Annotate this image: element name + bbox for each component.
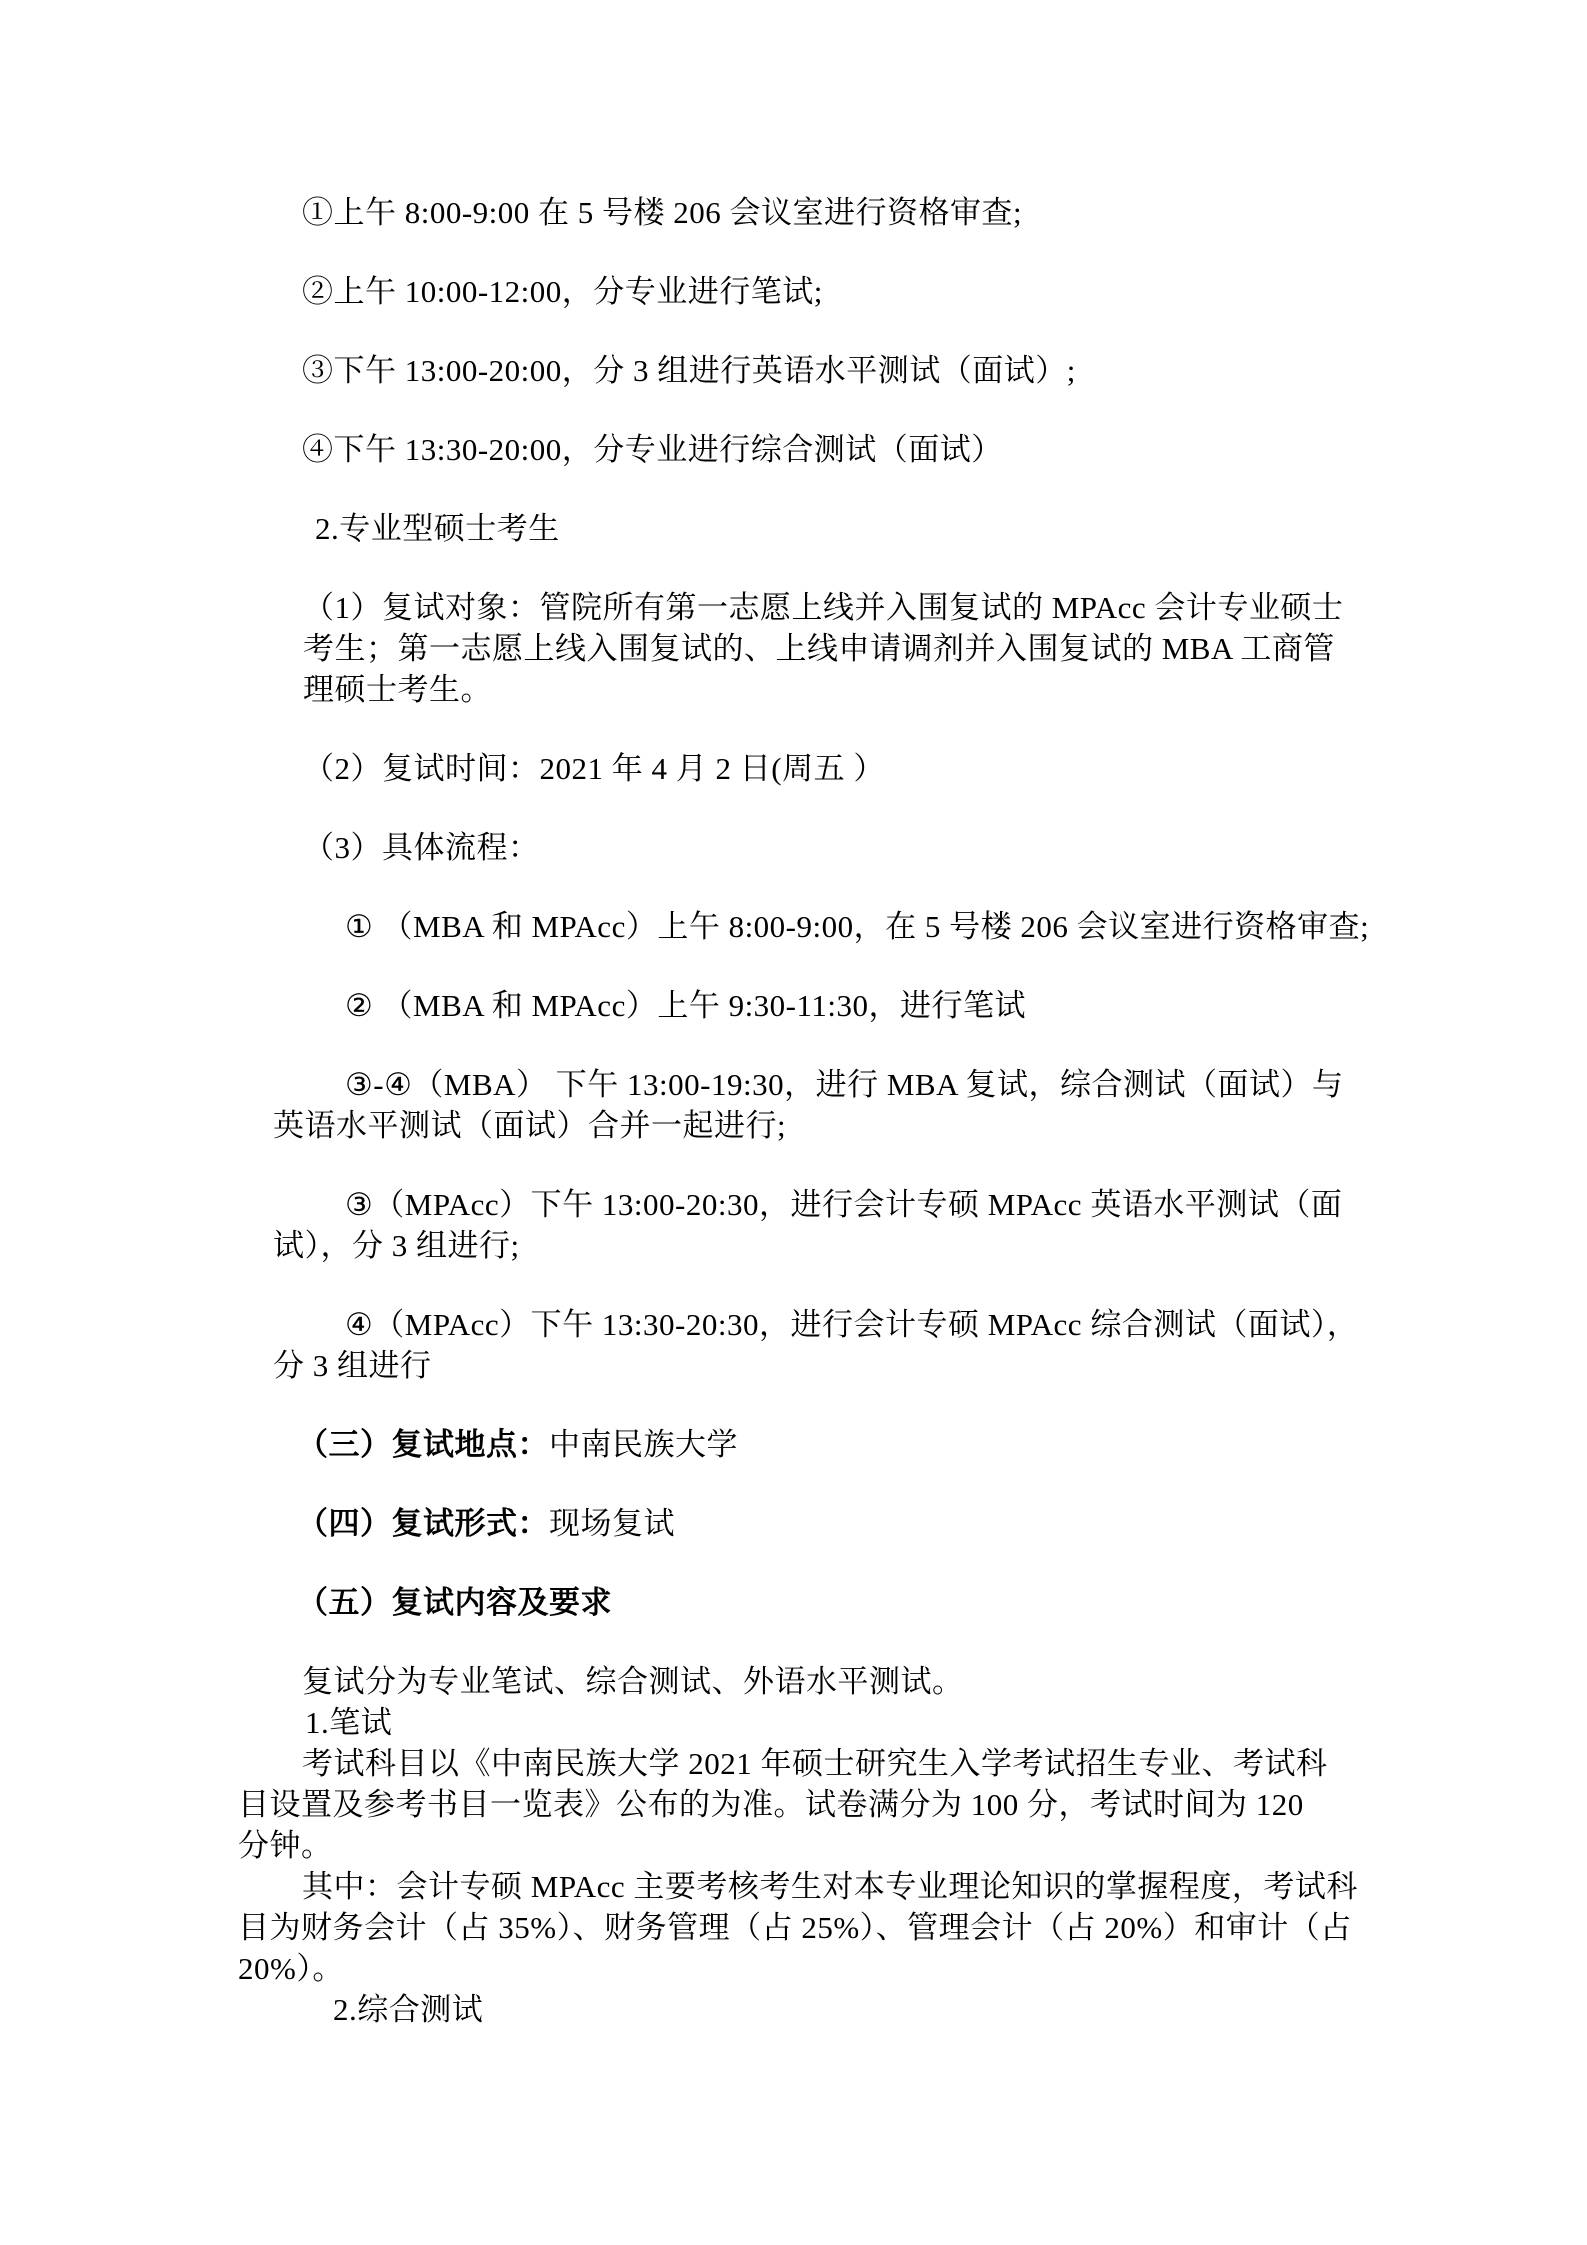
text-segment: 英语水平测试（面试）合并一起进行; xyxy=(273,1108,786,1143)
text-segment: ①上午 8:00-9:00 在 5 号楼 206 会议室进行资格审查; xyxy=(302,195,1022,230)
text-segment: 理硕士考生。 xyxy=(303,672,492,707)
text-segment: 中南民族大学 xyxy=(549,1427,738,1462)
document-line: （三）复试地点：中南民族大学 xyxy=(0,1424,1587,1465)
text-segment: ③-④（MBA） 下午 13:00-19:30，进行 MBA 复试，综合测试（面… xyxy=(345,1067,1344,1102)
document-page: ①上午 8:00-9:00 在 5 号楼 206 会议室进行资格审查;②上午 1… xyxy=(0,0,1587,2245)
document-line: （1）复试对象：管院所有第一志愿上线并入围复试的 MPAcc 会计专业硕士 xyxy=(0,587,1587,628)
document-line: 试），分 3 组进行; xyxy=(0,1225,1587,1266)
text-segment: （1）复试对象：管院所有第一志愿上线并入围复试的 MPAcc 会计专业硕士 xyxy=(303,590,1343,625)
text-segment: 2.专业型硕士考生 xyxy=(315,511,560,546)
document-line: 理硕士考生。 xyxy=(0,669,1587,710)
document-line: 目为财务会计（占 35%）、财务管理（占 25%）、管理会计（占 20%）和审计… xyxy=(0,1907,1587,1948)
document-line: （四）复试形式：现场复试 xyxy=(0,1503,1587,1544)
document-line: 分 3 组进行 xyxy=(0,1345,1587,1386)
text-segment: ②上午 10:00-12:00，分专业进行笔试; xyxy=(302,274,823,309)
document-line: 1.笔试 xyxy=(0,1702,1587,1743)
document-body: ①上午 8:00-9:00 在 5 号楼 206 会议室进行资格审查;②上午 1… xyxy=(0,0,1587,2030)
text-segment: ④（MPAcc）下午 13:30-20:30，进行会计专硕 MPAcc 综合测试… xyxy=(345,1307,1358,1342)
document-line: 英语水平测试（面试）合并一起进行; xyxy=(0,1105,1587,1146)
text-segment: （五）复试内容及要求 xyxy=(297,1585,612,1620)
text-segment: （四）复试形式： xyxy=(297,1506,549,1541)
document-line: 目设置及参考书目一览表》公布的为准。试卷满分为 100 分，考试时间为 120 xyxy=(0,1784,1587,1825)
text-segment: 考试科目以《中南民族大学 2021 年硕士研究生入学考试招生专业、考试科 xyxy=(302,1746,1328,1781)
text-segment: 现场复试 xyxy=(549,1506,675,1541)
document-line: 2.综合测试 xyxy=(0,1989,1587,2030)
document-line: ④（MPAcc）下午 13:30-20:30，进行会计专硕 MPAcc 综合测试… xyxy=(0,1304,1587,1345)
document-line: ③（MPAcc）下午 13:00-20:30，进行会计专硕 MPAcc 英语水平… xyxy=(0,1184,1587,1225)
document-line: 2.专业型硕士考生 xyxy=(0,508,1587,549)
text-segment: ① （MBA 和 MPAcc）上午 8:00-9:00，在 5 号楼 206 会… xyxy=(345,909,1369,944)
document-line: （2）复试时间：2021 年 4 月 2 日(周五 ） xyxy=(0,748,1587,789)
text-segment: ③（MPAcc）下午 13:00-20:30，进行会计专硕 MPAcc 英语水平… xyxy=(345,1187,1342,1222)
text-segment: 20%）。 xyxy=(238,1951,344,1986)
document-line: （3）具体流程： xyxy=(0,827,1587,868)
document-line: 考试科目以《中南民族大学 2021 年硕士研究生入学考试招生专业、考试科 xyxy=(0,1743,1587,1784)
text-segment: ③下午 13:00-20:00，分 3 组进行英语水平测试（面试）; xyxy=(302,353,1076,388)
document-line: ④下午 13:30-20:00，分专业进行综合测试（面试） xyxy=(0,429,1587,470)
text-segment: 2.综合测试 xyxy=(333,1992,483,2027)
text-segment: （三）复试地点： xyxy=(297,1427,549,1462)
document-line: ① （MBA 和 MPAcc）上午 8:00-9:00，在 5 号楼 206 会… xyxy=(0,906,1587,947)
text-segment: 分 3 组进行 xyxy=(273,1348,432,1383)
document-line: ③下午 13:00-20:00，分 3 组进行英语水平测试（面试）; xyxy=(0,350,1587,391)
document-line: 分钟。 xyxy=(0,1825,1587,1866)
text-segment: 分钟。 xyxy=(238,1828,333,1863)
text-segment: 考生；第一志愿上线入围复试的、上线申请调剂并入围复试的 MBA 工商管 xyxy=(303,631,1335,666)
text-segment: 复试分为专业笔试、综合测试、外语水平测试。 xyxy=(302,1664,964,1699)
document-line: ③-④（MBA） 下午 13:00-19:30，进行 MBA 复试，综合测试（面… xyxy=(0,1064,1587,1105)
document-line: 20%）。 xyxy=(0,1948,1587,1989)
document-line: ①上午 8:00-9:00 在 5 号楼 206 会议室进行资格审查; xyxy=(0,192,1587,233)
document-line: ② （MBA 和 MPAcc）上午 9:30-11:30，进行笔试 xyxy=(0,985,1587,1026)
text-segment: ② （MBA 和 MPAcc）上午 9:30-11:30，进行笔试 xyxy=(345,988,1026,1023)
document-line: ②上午 10:00-12:00，分专业进行笔试; xyxy=(0,271,1587,312)
document-line: 复试分为专业笔试、综合测试、外语水平测试。 xyxy=(0,1661,1587,1702)
text-segment: 试），分 3 组进行; xyxy=(273,1228,520,1263)
text-segment: 目设置及参考书目一览表》公布的为准。试卷满分为 100 分，考试时间为 120 xyxy=(238,1787,1304,1822)
text-segment: ④下午 13:30-20:00，分专业进行综合测试（面试） xyxy=(302,432,1003,467)
document-line: 考生；第一志愿上线入围复试的、上线申请调剂并入围复试的 MBA 工商管 xyxy=(0,628,1587,669)
text-segment: （3）具体流程： xyxy=(303,830,540,865)
text-segment: 其中：会计专硕 MPAcc 主要考核考生对本专业理论知识的掌握程度，考试科 xyxy=(302,1869,1358,1904)
text-segment: 1.笔试 xyxy=(305,1705,392,1740)
text-segment: 目为财务会计（占 35%）、财务管理（占 25%）、管理会计（占 20%）和审计… xyxy=(238,1910,1352,1945)
document-line: 其中：会计专硕 MPAcc 主要考核考生对本专业理论知识的掌握程度，考试科 xyxy=(0,1866,1587,1907)
document-line: （五）复试内容及要求 xyxy=(0,1582,1587,1623)
text-segment: （2）复试时间：2021 年 4 月 2 日(周五 ） xyxy=(303,751,885,786)
